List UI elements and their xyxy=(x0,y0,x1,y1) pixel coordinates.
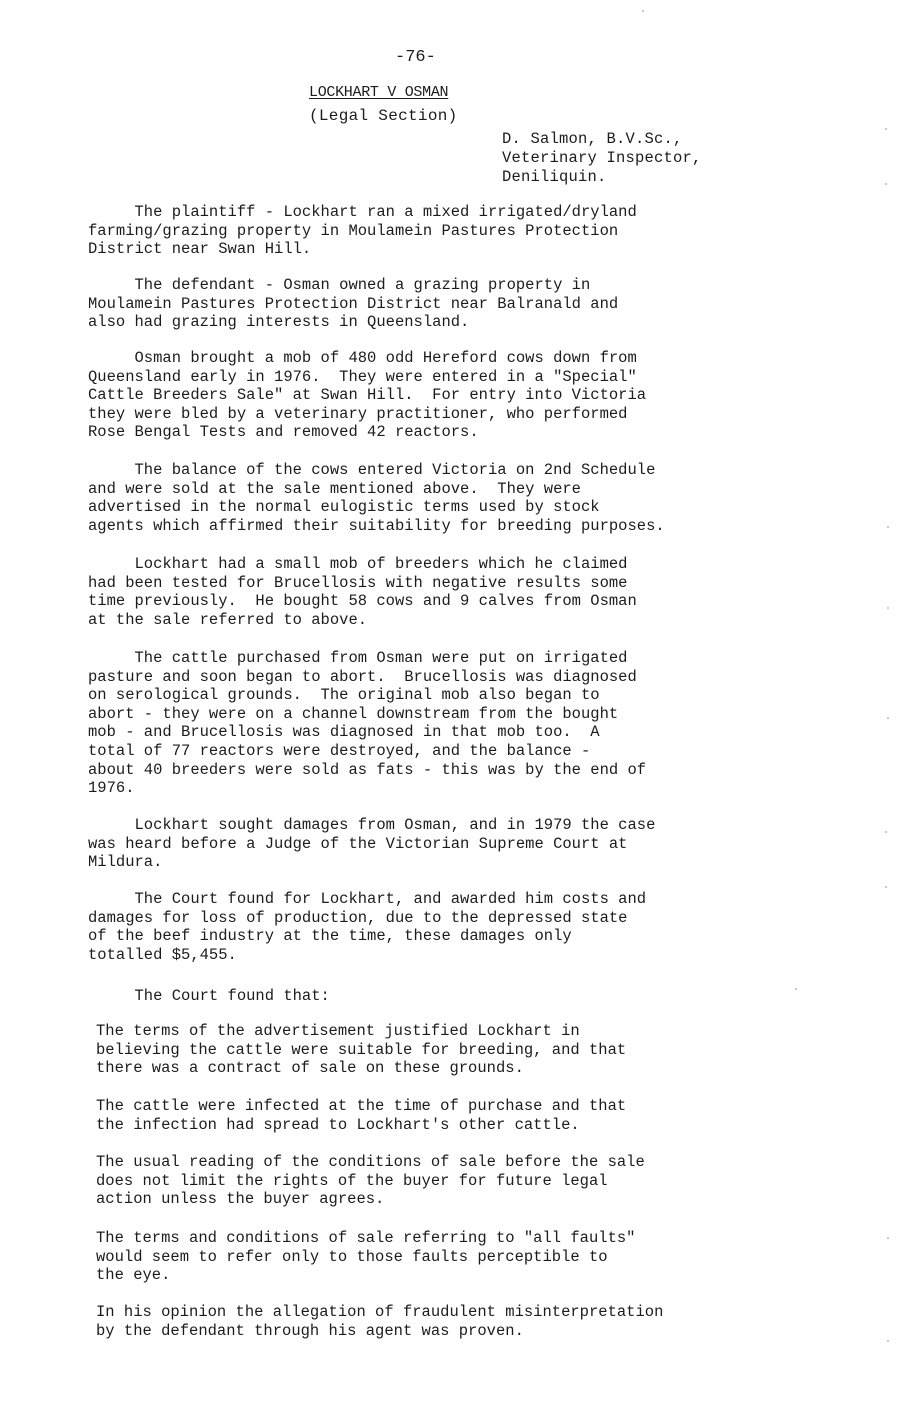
text-line: by the defendant through his agent was p… xyxy=(96,1322,663,1341)
scan-speck xyxy=(887,717,889,719)
author-position: Veterinary Inspector, xyxy=(502,149,702,168)
text-line: advertised in the normal eulogistic term… xyxy=(88,498,665,517)
text-line: abort - they were on a channel downstrea… xyxy=(88,705,646,724)
finding-all-faults: The terms and conditions of sale referri… xyxy=(96,1229,636,1285)
paragraph-defendant: The defendant - Osman owned a grazing pr… xyxy=(88,276,618,332)
text-line: Lockhart had a small mob of breeders whi… xyxy=(88,555,637,574)
text-line: The balance of the cows entered Victoria… xyxy=(88,461,665,480)
text-line: The terms and conditions of sale referri… xyxy=(96,1229,636,1248)
text-line: also had grazing interests in Queensland… xyxy=(88,313,618,332)
document-title: LOCKHART V OSMAN xyxy=(309,84,448,101)
page-number: -76- xyxy=(395,48,436,67)
text-line: 1976. xyxy=(88,779,646,798)
text-line: on serological grounds. The original mob… xyxy=(88,686,646,705)
text-line: agents which affirmed their suitability … xyxy=(88,517,665,536)
text-line: the infection had spread to Lockhart's o… xyxy=(96,1116,626,1135)
text-line: Osman brought a mob of 480 odd Hereford … xyxy=(88,349,646,368)
scan-speck xyxy=(885,831,887,833)
text-line: Moulamein Pastures Protection District n… xyxy=(88,295,618,314)
text-line: at the sale referred to above. xyxy=(88,611,637,630)
finding-advertisement: The terms of the advertisement justified… xyxy=(96,1022,626,1078)
scan-speck xyxy=(887,1237,889,1239)
paragraph-abortion-outbreak: The cattle purchased from Osman were put… xyxy=(88,649,646,798)
text-line: The Court found for Lockhart, and awarde… xyxy=(88,890,646,909)
text-line: Queensland early in 1976. They were ente… xyxy=(88,368,646,387)
text-line: The usual reading of the conditions of s… xyxy=(96,1153,645,1172)
scan-speck xyxy=(885,886,887,888)
text-line: The defendant - Osman owned a grazing pr… xyxy=(88,276,618,295)
document-subtitle: (Legal Section) xyxy=(309,107,458,125)
paragraph-court-found: The Court found that: xyxy=(88,987,330,1006)
text-line: pasture and soon began to abort. Brucell… xyxy=(88,668,646,687)
text-line: Mildura. xyxy=(88,853,655,872)
text-line: was heard before a Judge of the Victoria… xyxy=(88,835,655,854)
finding-fraudulent-misinterpretation: In his opinion the allegation of fraudul… xyxy=(96,1303,663,1340)
paragraph-mob-brought: Osman brought a mob of 480 odd Hereford … xyxy=(88,349,646,442)
document-page: -76- LOCKHART V OSMAN (Legal Section) D.… xyxy=(0,0,900,1405)
scan-speck xyxy=(887,526,889,528)
text-line: damages for loss of production, due to t… xyxy=(88,909,646,928)
finding-infection: The cattle were infected at the time of … xyxy=(96,1097,626,1134)
text-line: and were sold at the sale mentioned abov… xyxy=(88,480,665,499)
text-line: of the beef industry at the time, these … xyxy=(88,927,646,946)
text-line: they were bled by a veterinary practitio… xyxy=(88,405,646,424)
text-line: the eye. xyxy=(96,1266,636,1285)
text-line: about 40 breeders were sold as fats - th… xyxy=(88,761,646,780)
scan-speck xyxy=(885,128,887,130)
text-line: action unless the buyer agrees. xyxy=(96,1190,645,1209)
paragraph-plaintiff: The plaintiff - Lockhart ran a mixed irr… xyxy=(88,203,637,259)
text-line: Cattle Breeders Sale" at Swan Hill. For … xyxy=(88,386,646,405)
scan-speck xyxy=(885,183,887,185)
text-line: there was a contract of sale on these gr… xyxy=(96,1059,626,1078)
text-line: mob - and Brucellosis was diagnosed in t… xyxy=(88,723,646,742)
scan-speck xyxy=(795,988,797,990)
paragraph-balance-sold: The balance of the cows entered Victoria… xyxy=(88,461,665,535)
text-line: believing the cattle were suitable for b… xyxy=(96,1041,626,1060)
text-line: In his opinion the allegation of fraudul… xyxy=(96,1303,663,1322)
text-line: The cattle purchased from Osman were put… xyxy=(88,649,646,668)
scan-speck xyxy=(642,10,644,12)
text-line: Lockhart sought damages from Osman, and … xyxy=(88,816,655,835)
text-line: The Court found that: xyxy=(88,987,330,1006)
paragraph-damages-sought: Lockhart sought damages from Osman, and … xyxy=(88,816,655,872)
text-line: would seem to refer only to those faults… xyxy=(96,1248,636,1267)
text-line: The plaintiff - Lockhart ran a mixed irr… xyxy=(88,203,637,222)
paragraph-lockhart-breeders: Lockhart had a small mob of breeders whi… xyxy=(88,555,637,629)
author-block: D. Salmon, B.V.Sc., Veterinary Inspector… xyxy=(502,130,702,187)
author-location: Deniliquin. xyxy=(502,168,702,187)
text-line: The terms of the advertisement justified… xyxy=(96,1022,626,1041)
finding-conditions-of-sale: The usual reading of the conditions of s… xyxy=(96,1153,645,1209)
text-line: had been tested for Brucellosis with neg… xyxy=(88,574,637,593)
scan-speck xyxy=(887,1340,889,1342)
text-line: District near Swan Hill. xyxy=(88,240,637,259)
text-line: total of 77 reactors were destroyed, and… xyxy=(88,742,646,761)
text-line: Rose Bengal Tests and removed 42 reactor… xyxy=(88,423,646,442)
author-name: D. Salmon, B.V.Sc., xyxy=(502,130,702,149)
scan-speck xyxy=(887,607,889,609)
text-line: does not limit the rights of the buyer f… xyxy=(96,1172,645,1191)
text-line: The cattle were infected at the time of … xyxy=(96,1097,626,1116)
text-line: time previously. He bought 58 cows and 9… xyxy=(88,592,637,611)
paragraph-court-award: The Court found for Lockhart, and awarde… xyxy=(88,890,646,964)
text-line: totalled $5,455. xyxy=(88,946,646,965)
text-line: farming/grazing property in Moulamein Pa… xyxy=(88,222,637,241)
